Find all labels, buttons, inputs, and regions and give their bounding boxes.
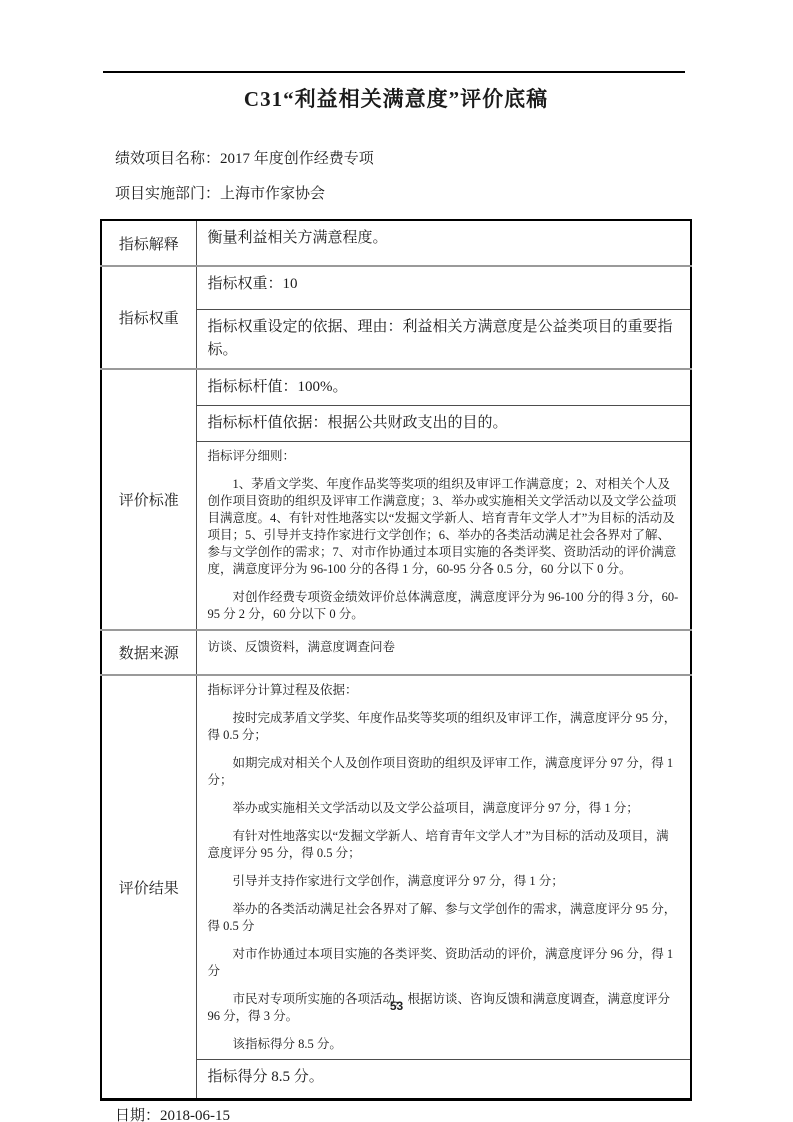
cell-explanation: 衡量利益相关方满意程度。	[196, 220, 691, 266]
result-paragraph: 有针对性地落实以“发掘文学新人、培育青年文学人才”为目标的活动及项目，满意度评分…	[208, 828, 680, 862]
title-top-rule	[103, 71, 685, 73]
result-paragraph: 举办的各类活动满足社会各界对了解、参与文学创作的需求，满意度评分 95 分，得 …	[208, 901, 680, 935]
row-data-source: 数据来源 访谈、反馈资料，满意度调查问卷	[101, 630, 691, 675]
cell-weight-value: 指标权重：10	[196, 266, 691, 310]
result-paragraph: 如期完成对相关个人及创作项目资助的组织及评审工作，满意度评分 97 分，得 1 …	[208, 755, 680, 789]
benchmark-basis-text: 指标标杆值依据：根据公共财政支出的目的。	[208, 412, 680, 435]
benchmark-text: 指标标杆值：100%。	[208, 376, 680, 399]
scoring-rules-paragraph: 对创作经费专项资金绩效评价总体满意度，满意度评分为 96-100 分的得 3 分…	[208, 589, 680, 623]
result-paragraph: 按时完成茅盾文学奖、年度作品奖等奖项的组织及审评工作，满意度评分 95 分， 得…	[208, 710, 680, 744]
row-standard: 评价标准 指标标杆值：100%。	[101, 369, 691, 406]
result-calc-heading: 指标评分计算过程及依据：	[208, 682, 680, 699]
page-title: C31“利益相关满意度”评价底稿	[100, 83, 692, 113]
page-number: 53	[0, 999, 793, 1013]
row-weight: 指标权重 指标权重：10	[101, 266, 691, 310]
weight-basis-text: 指标权重设定的依据、理由：利益相关方满意度是公益类项目的重要指标。	[208, 316, 680, 362]
meta-department: 项目实施部门：上海市作家协会	[115, 184, 692, 204]
label-explanation: 指标解释	[101, 220, 196, 266]
result-score-text: 指标得分 8.5 分。	[208, 1066, 680, 1092]
data-source-text: 访谈、反馈资料，满意度调查问卷	[208, 637, 680, 668]
scoring-rules-heading: 指标评分细则：	[208, 448, 680, 465]
result-paragraph: 该指标得分 8.5 分。	[208, 1036, 680, 1053]
document-page: C31“利益相关满意度”评价底稿 绩效项目名称：2017 年度创作经费专项 项目…	[0, 0, 793, 1122]
scoring-rules-paragraph: 1、茅盾文学奖、年度作品奖等奖项的组织及审评工作满意度；2、对相关个人及创作项目…	[208, 476, 680, 578]
document-content: C31“利益相关满意度”评价底稿 绩效项目名称：2017 年度创作经费专项 项目…	[100, 0, 692, 1122]
result-paragraph: 对市作协通过本项目实施的各类评奖、资助活动的评价，满意度评分 96 分，得 1 …	[208, 946, 680, 980]
explanation-text: 衡量利益相关方满意程度。	[208, 227, 680, 259]
scoring-rules-block: 指标评分细则： 1、茅盾文学奖、年度作品奖等奖项的组织及审评工作满意度；2、对相…	[208, 448, 680, 623]
cell-scoring-rules: 指标评分细则： 1、茅盾文学奖、年度作品奖等奖项的组织及审评工作满意度；2、对相…	[196, 442, 691, 631]
row-explanation: 指标解释 衡量利益相关方满意程度。	[101, 220, 691, 266]
cell-data-source: 访谈、反馈资料，满意度调查问卷	[196, 630, 691, 675]
label-weight: 指标权重	[101, 266, 196, 369]
label-standard: 评价标准	[101, 369, 196, 630]
result-paragraph: 引导并支持作家进行文学创作，满意度评分 97 分，得 1 分；	[208, 873, 680, 890]
label-result: 评价结果	[101, 675, 196, 1100]
meta-project-name: 绩效项目名称：2017 年度创作经费专项	[115, 149, 692, 169]
result-calculation-block: 指标评分计算过程及依据： 按时完成茅盾文学奖、年度作品奖等奖项的组织及审评工作，…	[208, 682, 680, 1053]
indicator-table: 指标解释 衡量利益相关方满意程度。 指标权重 指标权重：10 指标权重设定的依据…	[100, 219, 692, 1101]
result-paragraph: 举办或实施相关文学活动以及文学公益项目，满意度评分 97 分，得 1 分；	[208, 800, 680, 817]
date-line: 日期：2018-06-15	[115, 1104, 692, 1122]
cell-benchmark: 指标标杆值：100%。	[196, 369, 691, 406]
label-data-source: 数据来源	[101, 630, 196, 675]
cell-benchmark-basis: 指标标杆值依据：根据公共财政支出的目的。	[196, 406, 691, 442]
cell-weight-basis: 指标权重设定的依据、理由：利益相关方满意度是公益类项目的重要指标。	[196, 310, 691, 370]
meta-block: 绩效项目名称：2017 年度创作经费专项 项目实施部门：上海市作家协会	[100, 149, 692, 204]
weight-value-text: 指标权重：10	[208, 273, 680, 303]
cell-result-score: 指标得分 8.5 分。	[196, 1060, 691, 1100]
